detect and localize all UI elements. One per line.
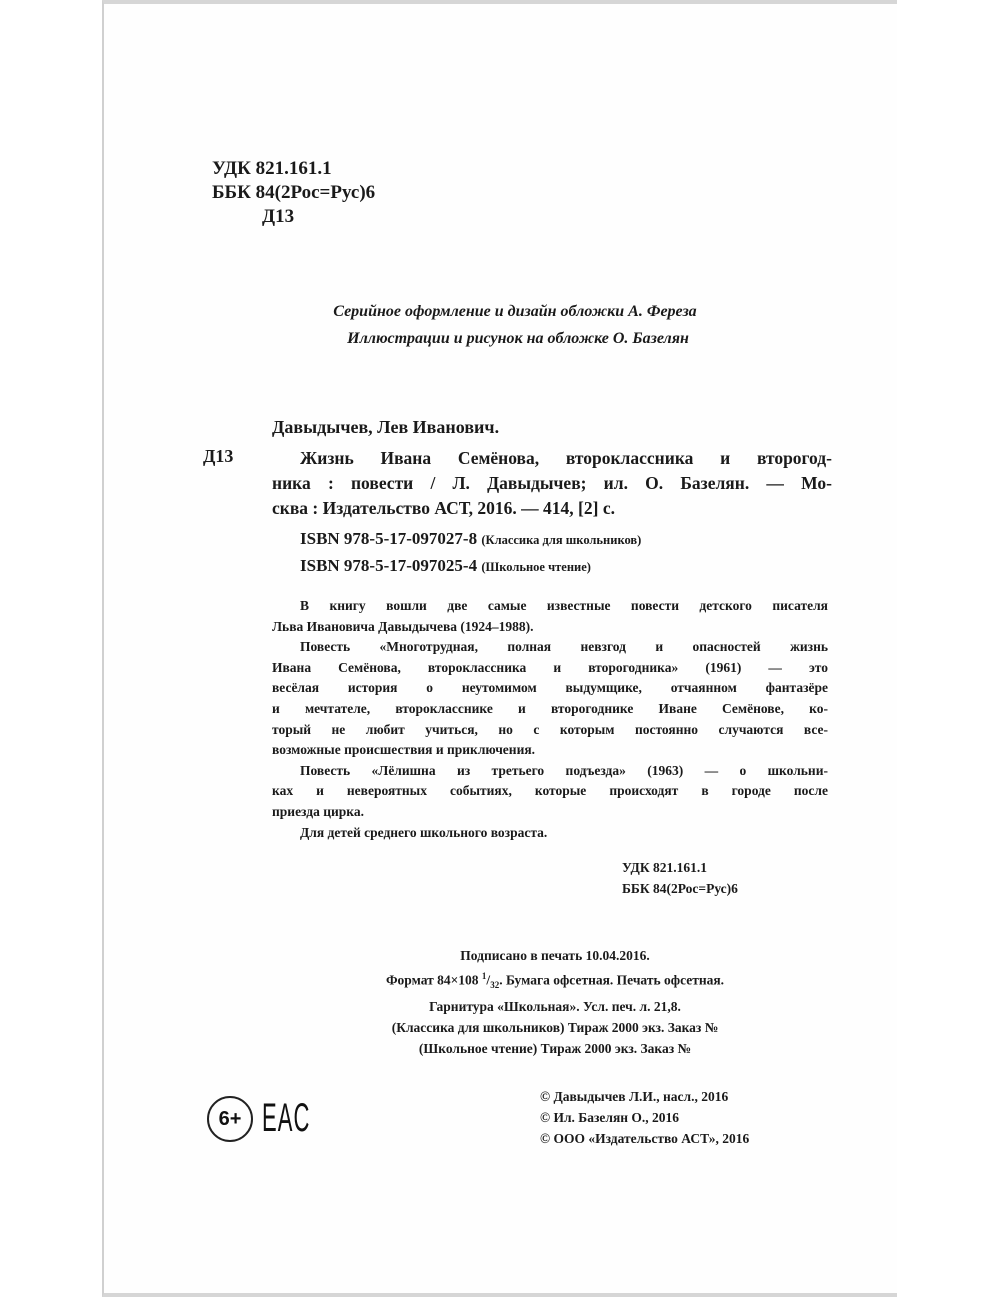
series-design-credit: Серийное оформление и дизайн обложки А. …: [0, 298, 1000, 325]
typeface-line: Гарнитура «Школьная». Усл. печ. л. 21,8.: [0, 996, 1000, 1017]
isbn-line: ISBN 978-5-17-097025-4 (Школьное чтение): [300, 553, 641, 580]
annotation-line: Ивана Семёнова, второклассника и второго…: [272, 658, 828, 679]
bib-author-mark: Д13: [203, 446, 233, 467]
illustrations-credit: Иллюстрации и рисунок на обложке О. Базе…: [0, 325, 1000, 352]
author-mark: Д13: [212, 205, 375, 229]
isbn-series: (Школьное чтение): [481, 560, 591, 574]
copyright-block: © Давыдычев Л.И., насл., 2016 © Ил. Базе…: [540, 1086, 749, 1149]
print-run-line: (Классика для школьников) Тираж 2000 экз…: [0, 1017, 1000, 1038]
annotation-line: В книгу вошли две самые известные повест…: [272, 596, 828, 617]
isbn-line: ISBN 978-5-17-097027-8 (Классика для шко…: [300, 526, 641, 553]
annotation: В книгу вошли две самые известные повест…: [272, 596, 828, 843]
print-run-line: (Школьное чтение) Тираж 2000 экз. Заказ …: [0, 1038, 1000, 1059]
isbn-number: ISBN 978-5-17-097025-4: [300, 556, 477, 575]
annotation-line: Для детей среднего школьного возраста.: [272, 823, 828, 844]
bib-line: сква : Издательство АСТ, 2016. — 414, [2…: [272, 496, 832, 521]
annotation-line: и мечтателе, второкласснике и второгодни…: [272, 699, 828, 720]
isbn-block: ISBN 978-5-17-097027-8 (Классика для шко…: [300, 526, 641, 580]
credits-block: Серийное оформление и дизайн обложки А. …: [0, 298, 1000, 352]
udk-code: УДК 821.161.1: [212, 157, 375, 181]
copyright-line: © Давыдычев Л.И., насл., 2016: [540, 1086, 749, 1107]
isbn-series: (Классика для школьников): [481, 533, 641, 547]
eac-mark-icon: EAC: [262, 1093, 311, 1143]
bbk-code: ББК 84(2Рос=Рус)6: [212, 181, 375, 205]
bib-line: Жизнь Ивана Семёнова, второклассника и в…: [272, 446, 832, 471]
imprint-block: Подписано в печать 10.04.2016. Формат 84…: [0, 945, 1000, 1059]
format-line: Формат 84×108 1/32. Бумага офсетная. Печ…: [0, 966, 1000, 996]
annotation-line: приезда цирка.: [272, 802, 828, 823]
bbk-code: ББК 84(2Рос=Рус)6: [622, 878, 738, 899]
annotation-line: возможные происшествия и приключения.: [272, 740, 828, 761]
annotation-line: ках и невероятных событиях, которые прои…: [272, 781, 828, 802]
annotation-line: торый не любит учиться, но с которым пос…: [272, 720, 828, 741]
age-rating-icon: 6+: [207, 1096, 253, 1142]
author-heading: Давыдычев, Лев Иванович.: [272, 417, 499, 438]
annotation-line: Льва Ивановича Давыдычева (1924–1988).: [272, 617, 828, 638]
copyright-line: © ООО «Издательство АСТ», 2016: [540, 1128, 749, 1149]
udk-code: УДК 821.161.1: [622, 857, 738, 878]
classification-repeat: УДК 821.161.1 ББК 84(2Рос=Рус)6: [622, 857, 738, 899]
classification-block: УДК 821.161.1 ББК 84(2Рос=Рус)6 Д13: [212, 157, 375, 229]
isbn-number: ISBN 978-5-17-097027-8: [300, 529, 477, 548]
bibliographic-description: Жизнь Ивана Семёнова, второклассника и в…: [272, 446, 832, 521]
annotation-line: весёлая история о неутомимом выдумщике, …: [272, 678, 828, 699]
bib-line: ника : повести / Л. Давыдычев; ил. О. Ба…: [272, 471, 832, 496]
copyright-line: © Ил. Базелян О., 2016: [540, 1107, 749, 1128]
annotation-line: Повесть «Многотрудная, полная невзгод и …: [272, 637, 828, 658]
annotation-line: Повесть «Лёлишна из третьего подъезда» (…: [272, 761, 828, 782]
signed-to-print: Подписано в печать 10.04.2016.: [0, 945, 1000, 966]
